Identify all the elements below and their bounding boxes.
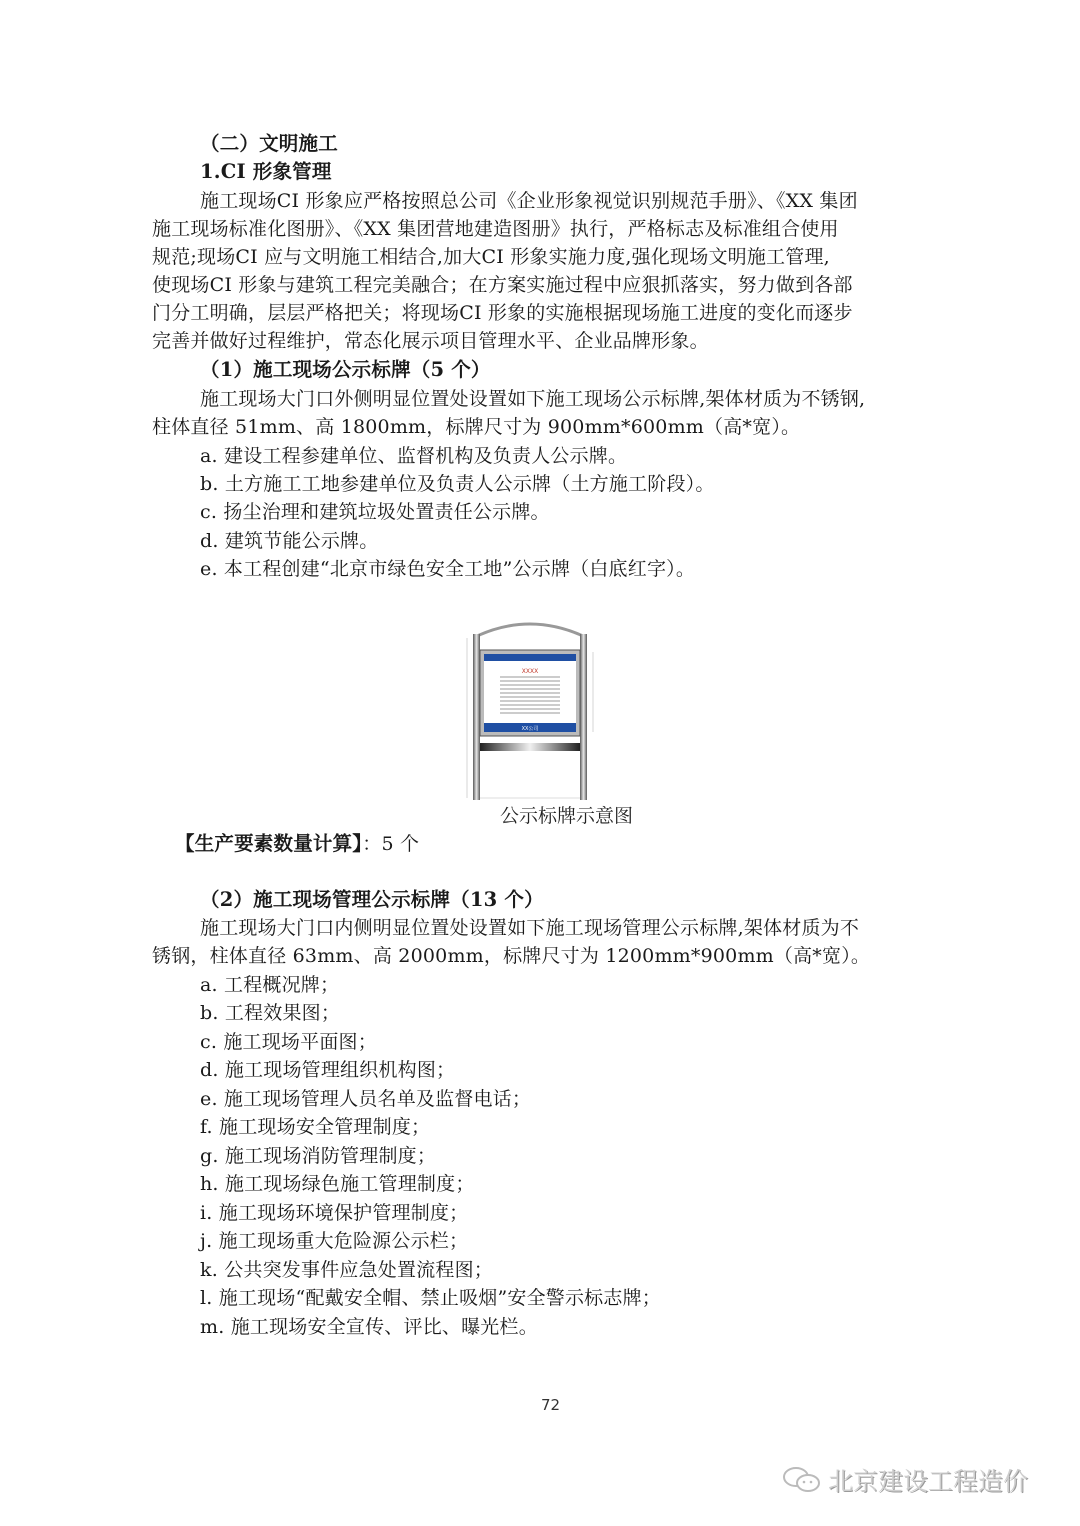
part1-desc-line: 施工现场大门口外侧明显位置处设置如下施工现场公示标牌,架体材质为不锈钢,: [200, 385, 865, 413]
intro-line: 施工现场CI 形象应严格按照总公司《企业形象视觉识别规范手册》、《XX 集团: [200, 187, 858, 215]
intro-line: 完善并做好过程维护，常态化展示项目管理水平、企业品牌形象。: [152, 327, 709, 355]
intro-line: 施工现场标准化图册》、《XX 集团营地建造图册》执行，严格标志及标准组合使用: [152, 215, 839, 243]
part2-item: h. 施工现场绿色施工管理制度；: [200, 1170, 475, 1198]
watermark-text: 北京建设工程造价: [828, 1462, 1028, 1498]
part2-item: l. 施工现场“配戴安全帽、禁止吸烟”安全警示标志牌；: [200, 1284, 661, 1312]
watermark: 北京建设工程造价: [782, 1462, 1028, 1498]
part2-desc-line: 锈钢，柱体直径 63mm、高 2000mm，标牌尺寸为 1200mm*900mm…: [152, 942, 870, 970]
quantity-value: ：5 个: [362, 833, 419, 855]
intro-line: 使现场CI 形象与建筑工程完美融合；在方案实施过程中应狠抓落实，努力做到各部: [152, 271, 853, 299]
figure-caption: 公示标牌示意图: [500, 801, 633, 828]
svg-text:XXXX: XXXX: [522, 668, 538, 675]
part2-item: c. 施工现场平面图；: [200, 1028, 377, 1056]
sign-diagram: XXXX XX公司: [455, 622, 605, 802]
part2-item: j. 施工现场重大危险源公示栏；: [200, 1227, 468, 1255]
part1-item: a. 建设工程参建单位、监督机构及负责人公示牌。: [200, 442, 627, 470]
document-page: （二）文明施工 1.CI 形象管理 施工现场CI 形象应严格按照总公司《企业形象…: [0, 0, 1080, 1526]
part2-desc-line: 施工现场大门口内侧明显位置处设置如下施工现场管理公示标牌,架体材质为不: [200, 914, 859, 942]
part2-item: i. 施工现场环境保护管理制度；: [200, 1199, 468, 1227]
page-number: 72: [541, 1396, 560, 1414]
part2-item: f. 施工现场安全管理制度；: [200, 1113, 430, 1141]
part2-item: a. 工程概况牌；: [200, 971, 339, 999]
intro-line: 门分工明确，层层严格把关；将现场CI 形象的实施根据现场施工进度的变化而逐步: [152, 299, 853, 327]
part1-item: b. 土方施工工地参建单位及负责人公示牌（土方施工阶段）。: [200, 470, 715, 498]
part2-item: k. 公共突发事件应急处置流程图；: [200, 1256, 493, 1284]
part1-desc-line: 柱体直径 51mm、高 1800mm，标牌尺寸为 900mm*600mm（高*宽…: [152, 413, 800, 441]
svg-text:XX公司: XX公司: [522, 725, 539, 732]
wechat-icon: [782, 1465, 822, 1495]
part2-item: b. 工程效果图；: [200, 999, 340, 1027]
signboard-illustration: XXXX XX公司: [455, 622, 605, 802]
part2-item: d. 施工现场管理组织机构图；: [200, 1056, 455, 1084]
section-title: （二）文明施工: [200, 130, 338, 158]
part1-item: d. 建筑节能公示牌。: [200, 527, 378, 555]
section-subtitle: 1.CI 形象管理: [200, 158, 332, 186]
intro-line: 规范;现场CI 应与文明施工相结合,加大CI 形象实施力度,强化现场文明施工管理…: [152, 243, 830, 271]
quantity-label: 【生产要素数量计算】: [175, 832, 362, 855]
part1-heading: （1）施工现场公示标牌（5 个）: [200, 356, 491, 384]
part1-item: c. 扬尘治理和建筑垃圾处置责任公示牌。: [200, 498, 550, 526]
part2-item: m. 施工现场安全宣传、评比、曝光栏。: [200, 1313, 538, 1341]
part1-item: e. 本工程创建“北京市绿色安全工地”公示牌（白底红字）。: [200, 555, 695, 583]
quantity-line: 【生产要素数量计算】：5 个: [175, 830, 419, 858]
part2-heading: （2）施工现场管理公示标牌（13 个）: [200, 886, 544, 914]
part2-item: g. 施工现场消防管理制度；: [200, 1142, 436, 1170]
part2-item: e. 施工现场管理人员名单及监督电话；: [200, 1085, 531, 1113]
